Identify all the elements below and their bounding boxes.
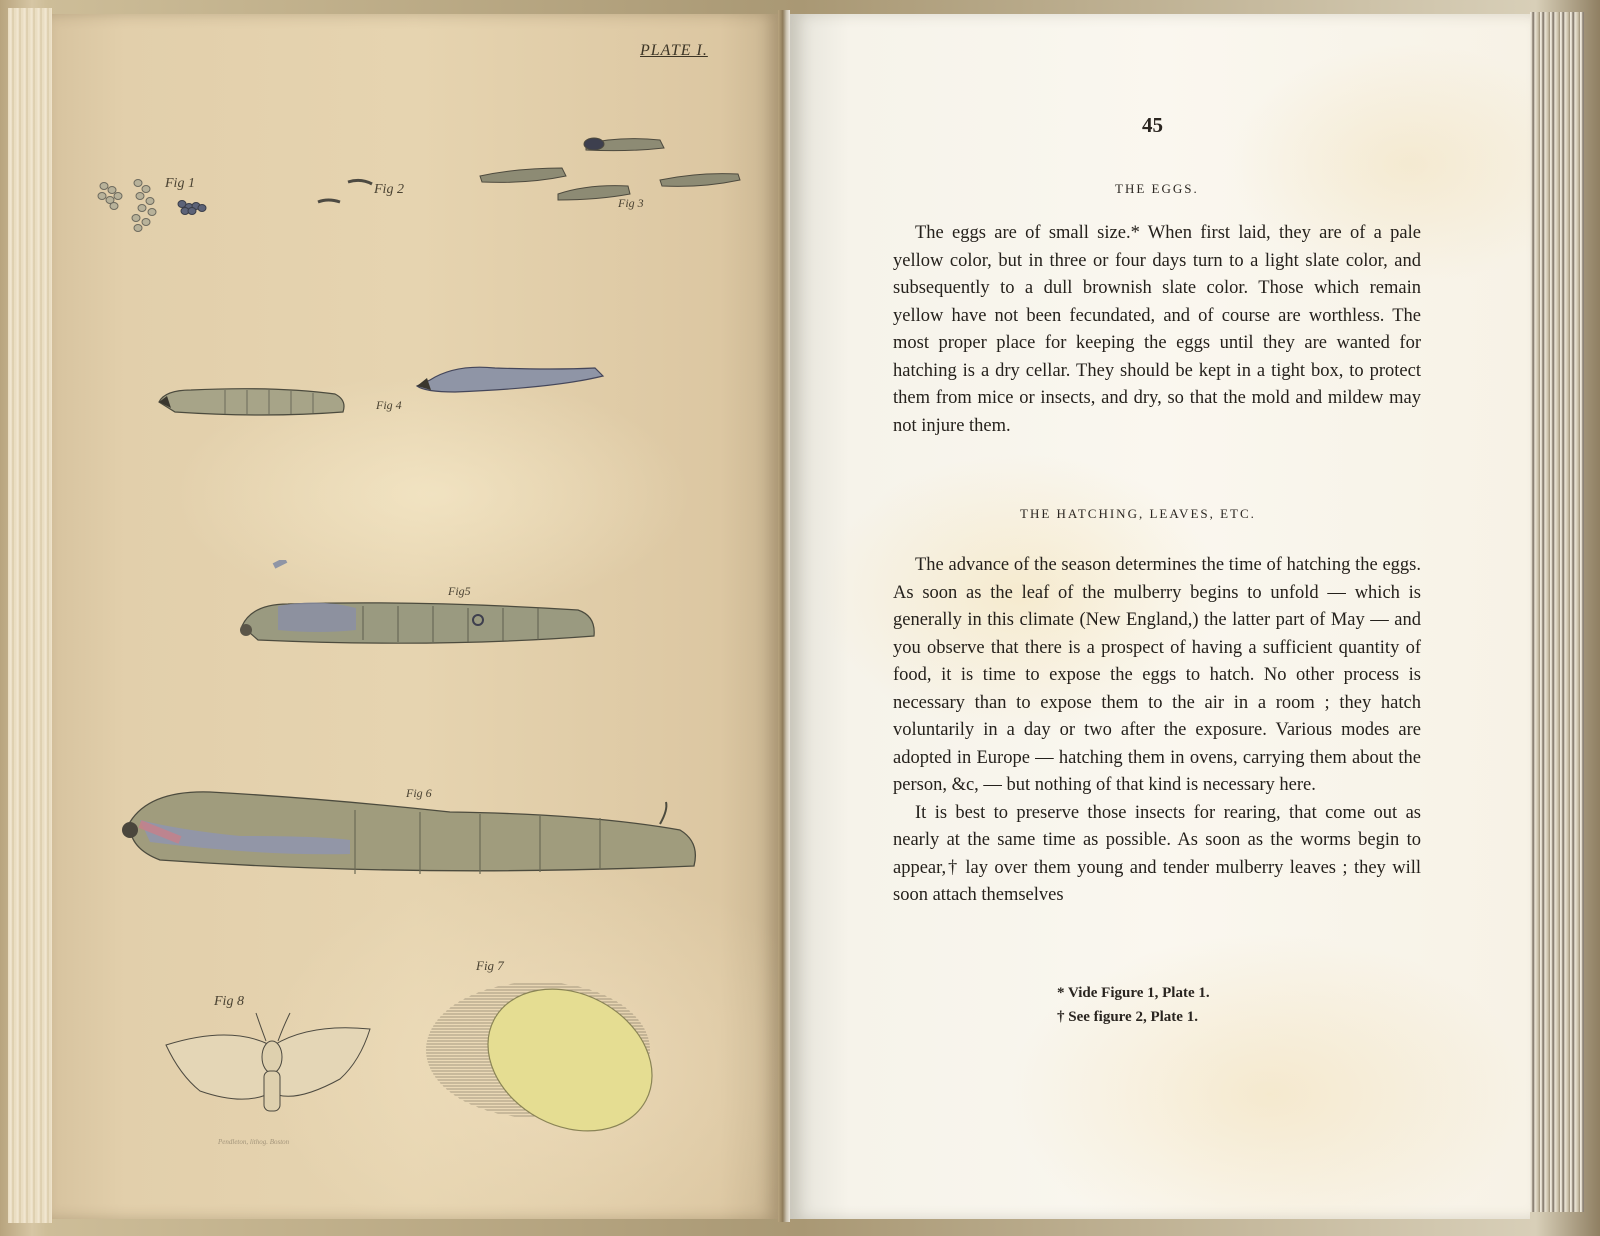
- plate-label: PLATE I.: [640, 42, 708, 60]
- section-body-hatching: The advance of the season determines the…: [893, 552, 1421, 910]
- footnote-2: † See figure 2, Plate 1.: [1057, 1009, 1198, 1026]
- open-book: PLATE I. Fig 1 Fig 2 Fig 3: [0, 0, 1600, 1236]
- section-heading-eggs: THE EGGS.: [1115, 181, 1199, 197]
- fig8-label: Fig 8: [214, 994, 244, 1010]
- fig3-label: Fig 3: [618, 196, 644, 211]
- fig4-label: Fig 4: [376, 398, 402, 413]
- footnote-1: * Vide Figure 1, Plate 1.: [1057, 985, 1210, 1002]
- left-page-edges: [8, 8, 53, 1223]
- right-page-edges: [1530, 12, 1584, 1212]
- fig5-worm-illustration: [238, 560, 608, 650]
- section-heading-hatching: THE HATCHING, LEAVES, ETC.: [1020, 506, 1256, 522]
- paragraph: The eggs are of small size.* When first …: [893, 220, 1421, 440]
- fig7-cocoon-illustration: [420, 968, 670, 1138]
- fig6-label: Fig 6: [406, 786, 432, 801]
- fig2-label: Fig 2: [374, 182, 404, 198]
- fig1-label: Fig 1: [165, 176, 195, 192]
- engraver-imprint: Pendleton, lithog. Boston: [218, 1138, 289, 1146]
- book-gutter: [778, 10, 790, 1222]
- fig5-label: Fig5: [448, 584, 471, 599]
- fig2-hatchlings-illustration: [316, 176, 376, 208]
- fig8-moth-illustration: [160, 1005, 380, 1115]
- fig3-young-worms-illustration: [478, 130, 748, 210]
- paragraph: The advance of the season determines the…: [893, 552, 1421, 800]
- section-body-eggs: The eggs are of small size.* When first …: [893, 220, 1421, 440]
- fig7-label: Fig 7: [476, 958, 504, 974]
- page-number: 45: [1142, 113, 1163, 138]
- paragraph: It is best to preserve those insects for…: [893, 800, 1421, 910]
